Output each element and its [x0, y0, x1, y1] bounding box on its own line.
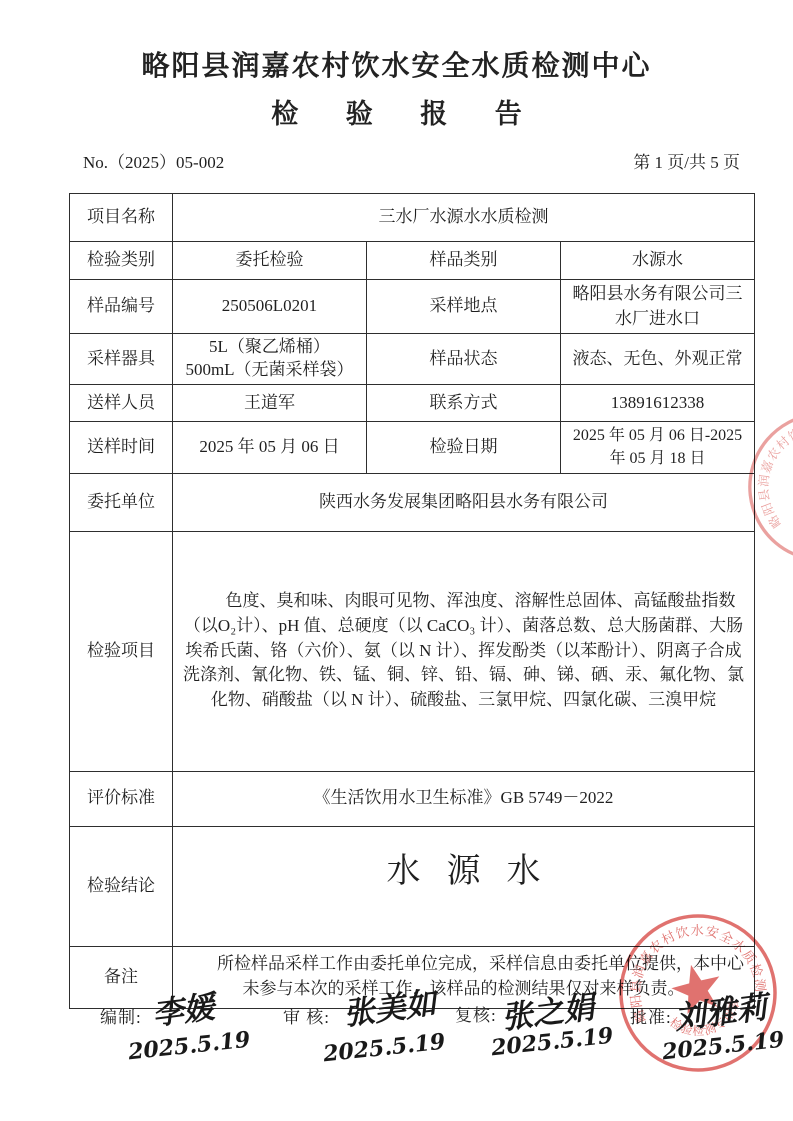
- value-sampling-location: 略阳县水务有限公司三水厂进水口: [561, 280, 755, 334]
- row-evaluation-standard: 评价标准 《生活饮用水卫生标准》GB 5749－2022: [70, 771, 755, 826]
- audited-label: 审 核:: [283, 1008, 330, 1027]
- report-title: 检 验 报 告: [0, 92, 793, 131]
- label-inspection-items: 检验项目: [70, 531, 173, 771]
- audited-date: 2025.5.19: [322, 1029, 447, 1068]
- signature-block-approved: 批准: 刘雅莉 2025.5.19: [630, 1003, 672, 1028]
- label-evaluation-standard: 评价标准: [70, 771, 173, 826]
- row-project-name: 项目名称 三水厂水源水水质检测: [70, 194, 755, 242]
- value-inspection-items: 色度、臭和味、肉眼可见物、浑浊度、溶解性总固体、高锰酸盐指数（以O₂计）、pH …: [173, 531, 755, 771]
- label-project-name: 项目名称: [70, 194, 173, 242]
- label-sample-type: 样品类别: [367, 242, 561, 280]
- row-send-time: 送样时间 2025 年 05 月 06 日 检验日期 2025 年 05 月 0…: [70, 422, 755, 473]
- value-sampling-tools: 5L（聚乙烯桶） 500mL（无菌采样袋）: [173, 334, 367, 385]
- label-inspection-date: 检验日期: [367, 422, 561, 473]
- page-indicator: 第 1 页/共 5 页: [633, 148, 740, 173]
- label-sample-sender: 送样人员: [70, 385, 173, 422]
- label-contact: 联系方式: [367, 385, 561, 422]
- value-send-time: 2025 年 05 月 06 日: [173, 422, 367, 473]
- row-inspection-type: 检验类别 委托检验 样品类别 水源水: [70, 242, 755, 280]
- signature-block-audited: 审 核: 张美如 2025.5.19: [283, 1003, 330, 1028]
- prepared-signature: 李媛: [149, 981, 216, 1033]
- label-sample-no: 样品编号: [70, 280, 173, 334]
- sampling-tools-line2: 500mL（无菌采样袋）: [185, 360, 353, 379]
- label-sample-state: 样品状态: [367, 334, 561, 385]
- value-inspection-type: 委托检验: [173, 242, 367, 280]
- value-project-name: 三水厂水源水水质检测: [173, 194, 755, 242]
- conclusion-text: 水源水: [177, 847, 750, 896]
- signature-block-reviewed: 复核: 张之娟 2025.5.19: [455, 1001, 497, 1026]
- value-evaluation-standard: 《生活饮用水卫生标准》GB 5749－2022: [173, 771, 755, 826]
- row-sampling-tools: 采样器具 5L（聚乙烯桶） 500mL（无菌采样袋） 样品状态 液态、无色、外观…: [70, 334, 755, 385]
- value-sample-no: 250506L0201: [173, 280, 367, 334]
- prepared-label: 编制:: [100, 1008, 142, 1027]
- label-sampling-location: 采样地点: [367, 280, 561, 334]
- value-contact: 13891612338: [561, 385, 755, 422]
- report-page: 略阳县润嘉农村饮水安全水质检测中心 检 验 报 告 No.（2025）05-00…: [0, 0, 793, 1121]
- label-send-time: 送样时间: [70, 422, 173, 473]
- row-inspection-items: 检验项目 色度、臭和味、肉眼可见物、浑浊度、溶解性总固体、高锰酸盐指数（以O₂计…: [70, 531, 755, 771]
- signature-block-prepared: 编制: 李媛 2025.5.19: [100, 1003, 142, 1028]
- sampling-tools-line1: 5L（聚乙烯桶）: [209, 337, 330, 356]
- label-inspection-type: 检验类别: [70, 242, 173, 280]
- label-client: 委托单位: [70, 473, 173, 531]
- reviewed-label: 复核:: [455, 1006, 497, 1025]
- prepared-date: 2025.5.19: [127, 1027, 252, 1066]
- approved-label: 批准:: [630, 1008, 672, 1027]
- value-client: 陕西水务发展集团略阳县水务有限公司: [173, 473, 755, 531]
- row-sample-no: 样品编号 250506L0201 采样地点 略阳县水务有限公司三水厂进水口: [70, 280, 755, 334]
- value-sample-state: 液态、无色、外观正常: [561, 334, 755, 385]
- report-number: No.（2025）05-002: [83, 148, 224, 173]
- row-sample-sender: 送样人员 王道军 联系方式 13891612338: [70, 385, 755, 422]
- report-table: 项目名称 三水厂水源水水质检测 检验类别 委托检验 样品类别 水源水 样品编号 …: [69, 193, 755, 1009]
- value-sample-type: 水源水: [561, 242, 755, 280]
- row-client: 委托单位 陕西水务发展集团略阳县水务有限公司: [70, 473, 755, 531]
- label-sampling-tools: 采样器具: [70, 334, 173, 385]
- center-name: 略阳县润嘉农村饮水安全水质检测中心: [0, 44, 793, 84]
- label-conclusion: 检验结论: [70, 826, 173, 946]
- value-sample-sender: 王道军: [173, 385, 367, 422]
